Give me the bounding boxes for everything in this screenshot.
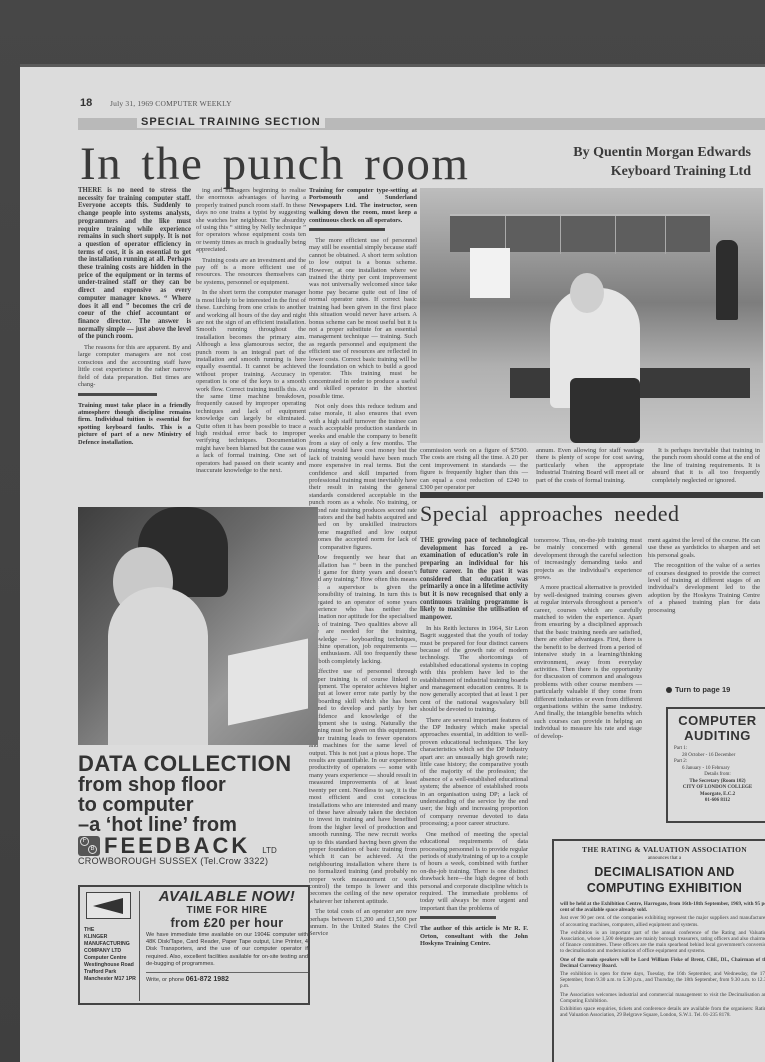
- body-paragraph: ing and managers beginning to realise th…: [196, 187, 306, 254]
- divider-rule: [420, 916, 496, 919]
- feedback-logo-icon: F B: [78, 836, 100, 856]
- body-paragraph: In the short term the computer manager i…: [196, 289, 306, 474]
- klinger-contact: Write, or phone 061-872 1982: [146, 976, 308, 983]
- byline: By Quentin Morgan Edwards Keyboard Train…: [573, 143, 751, 181]
- rva-title: DECIMALISATION AND COMPUTING EXHIBITION: [565, 864, 764, 896]
- body-paragraph: The total costs of an operator are now p…: [309, 908, 417, 938]
- body-paragraph: There are several important features of …: [420, 717, 528, 828]
- klinger-offer-block: AVAILABLE NOW! TIME FOR HIRE from £20 pe…: [146, 889, 308, 983]
- ad-feedback-data-collection: DATA COLLECTION from shop floor to compu…: [78, 753, 318, 868]
- photo-caption-office: Training for computer type-setting at Po…: [309, 187, 417, 224]
- body-paragraph: It is perhaps inevitable that training i…: [652, 447, 760, 484]
- article-column-3: Training for computer type-setting at Po…: [309, 187, 417, 1062]
- audit-title: COMPUTER AUDITING: [672, 713, 763, 743]
- body-paragraph: Not only does this reduce tedium and rai…: [309, 403, 417, 551]
- article2-column-2: tomorrow. Thus, on-the-job training must…: [534, 537, 642, 743]
- body-paragraph: How frequently we hear that an installat…: [309, 554, 417, 665]
- body-paragraph: tomorrow. Thus, on-the-job training must…: [534, 537, 642, 581]
- photo-punch-room-office: [420, 188, 763, 443]
- body-paragraph: One method of meeting the special educat…: [420, 831, 528, 912]
- body-paragraph: In his Reith lectures in 1964, Sir Leon …: [420, 625, 528, 714]
- body-paragraph: Effective use of personnel through prope…: [309, 668, 417, 905]
- rva-organisation: THE RATING & VALUATION ASSOCIATION: [560, 845, 765, 854]
- strip-column-1: commission work on a figure of $7500. Th…: [420, 447, 528, 494]
- divider-rule: [78, 393, 157, 396]
- klinger-headline: AVAILABLE NOW!: [146, 889, 308, 905]
- section-label: SPECIAL TRAINING SECTION: [137, 116, 325, 128]
- byline-author: By Quentin Morgan Edwards: [573, 143, 751, 162]
- article-column-2: ing and managers beginning to realise th…: [196, 187, 306, 477]
- article2-column-3: ment against the level of the course. He…: [648, 537, 760, 617]
- main-headline: In the punch room: [80, 137, 469, 191]
- body-paragraph: The reasons for this are apparent. By an…: [78, 344, 191, 388]
- ad-line: to computer: [78, 795, 318, 815]
- newspaper-page: 18 July 31, 1969 COMPUTER WEEKLY SPECIAL…: [20, 64, 765, 1062]
- feedback-brand: FEEDBACK: [104, 836, 250, 856]
- ad-line: –a ‘hot line’ from: [78, 815, 318, 835]
- section-divider-band: [420, 492, 763, 498]
- klinger-logo-icon: [86, 892, 131, 919]
- lead-paragraph: THE growing pace of technological develo…: [420, 537, 528, 622]
- body-paragraph: A more practical alternative is provided…: [534, 584, 642, 740]
- second-headline: Special approaches needed: [420, 501, 680, 527]
- ad-klinger-computer-time: THE KLINGER MANUFACTURING COMPANY LTD Co…: [78, 885, 310, 1005]
- divider-rule: [309, 228, 385, 231]
- ad-line: DATA COLLECTION: [78, 753, 318, 775]
- strip-column-3: It is perhaps inevitable that training i…: [652, 447, 760, 487]
- klinger-company-name: THE KLINGER MANUFACTURING COMPANY LTD Co…: [84, 927, 139, 983]
- photo-typist-training: [78, 507, 318, 745]
- ad-computer-auditing: COMPUTER AUDITING Part 1: 28 October - 1…: [666, 707, 765, 823]
- body-paragraph: ment against the level of the course. He…: [648, 537, 760, 559]
- body-paragraph: annum. Even allowing for staff wastage t…: [536, 447, 644, 484]
- ad-line: from shop floor: [78, 775, 318, 795]
- article2-column-1: THE growing pace of technological develo…: [420, 537, 528, 1062]
- photo-caption-typist: Training must take place in a friendly a…: [78, 402, 191, 446]
- author-note: The author of this article is Mr R. F. O…: [420, 925, 528, 947]
- dateline: July 31, 1969 COMPUTER WEEKLY: [110, 99, 232, 108]
- strip-column-2: annum. Even allowing for staff wastage t…: [536, 447, 644, 487]
- photo-window-band: [450, 214, 710, 252]
- ad-decimalisation-exhibition: THE RATING & VALUATION ASSOCIATION annou…: [552, 839, 765, 1062]
- body-paragraph: The more efficient use of personnel may …: [309, 237, 417, 400]
- feedback-ltd: LTD: [262, 846, 277, 855]
- article-column-1: THERE is no need to stress the necessity…: [78, 187, 191, 449]
- klinger-body: We have immediate time available on our …: [146, 932, 308, 973]
- turn-to-page-link[interactable]: Turn to page 19: [666, 685, 730, 694]
- klinger-price: from £20 per hour: [146, 916, 308, 930]
- feedback-brand-row: F B FEEDBACK LTD: [78, 836, 318, 856]
- body-paragraph: The recognition of the value of a series…: [648, 562, 760, 614]
- body-paragraph: commission work on a figure of $7500. Th…: [420, 447, 528, 491]
- byline-organisation: Keyboard Training Ltd: [573, 162, 751, 181]
- page-number: 18: [80, 97, 92, 109]
- klinger-phone: 061-872 1982: [186, 976, 229, 983]
- klinger-company-block: THE KLINGER MANUFACTURING COMPANY LTD Co…: [84, 891, 140, 1001]
- body-paragraph: Training costs are an investment and the…: [196, 257, 306, 287]
- klinger-subhead: TIME FOR HIRE: [146, 905, 308, 916]
- lead-paragraph: THERE is no need to stress the necessity…: [78, 187, 191, 341]
- feedback-address: CROWBOROUGH SUSSEX (Tel.Crow 3322): [78, 856, 318, 866]
